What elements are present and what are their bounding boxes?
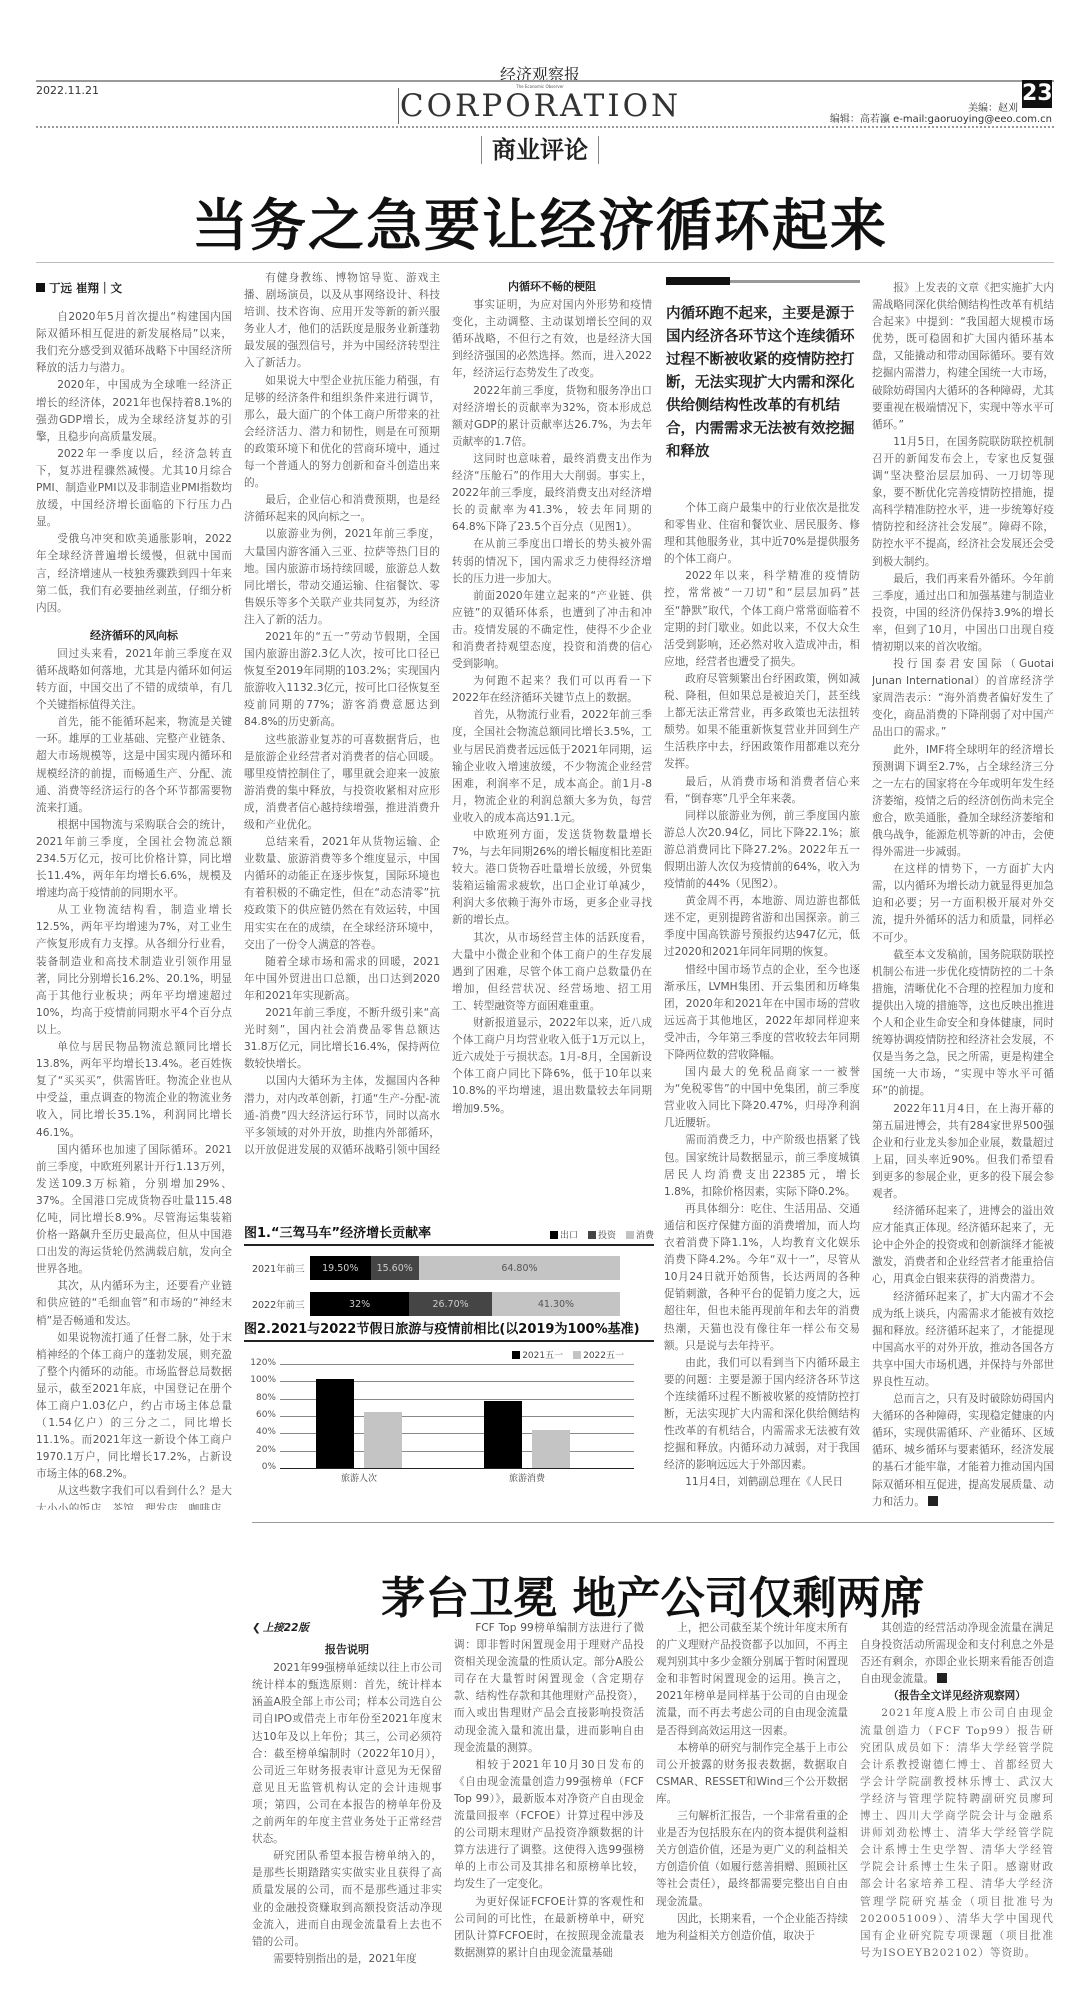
article-column-1: 丁远 崔翔｜文 自2020年5月首次提出“构建国内国际双循环相互促进的新发展格局… xyxy=(36,270,232,1510)
figure-2-legend: 2021五一 2022五一 xyxy=(512,1348,624,1361)
legend-swatch-icon xyxy=(626,1231,634,1239)
paragraph: 国内最大的免税品商家一一被誉为“免税零售”的中国中免集团，前三季度营业收入同比下… xyxy=(664,1064,860,1132)
paragraph: 此外，IMF将全球明年的经济增长预测调下调至2.7%，占全球经济三分之一左右的国… xyxy=(872,742,1054,862)
legend-item-investment: 投资 xyxy=(588,1228,616,1241)
chart-bar xyxy=(364,1412,402,1468)
legend-item-2021: 2021五一 xyxy=(512,1348,563,1361)
end-of-article-icon xyxy=(928,1496,938,1506)
paragraph: 黄金周不再，本地游、周边游也都低迷不定，更别提跨省游和出国探亲。前三季度中国高铁… xyxy=(664,893,860,961)
article-2-headline: 茅台卫冕 地产公司仅剩两席 xyxy=(252,1562,1054,1626)
article-column-2: 有健身教练、博物馆导览、游戏主播、剧场演员，以及从事网络设计、科技培训、技术咨询… xyxy=(244,270,440,1160)
paragraph: 从工业物流结构看，制造业增长12.5%，两年平均增速为7%，对工业生产恢复形成有… xyxy=(36,902,232,1039)
paragraph: 前面2020年建立起来的“产业链、供应链”的双循环体系，也遭到了冲击和冲击。疫情… xyxy=(452,588,652,673)
y-tick-label: 80% xyxy=(244,1393,276,1403)
article-2-column-4: 其创造的经营活动净现金流量在满足自身投资活动所需现金和支付利息之外是否还有剩余，… xyxy=(860,1620,1054,2010)
paragraph: 本榜单的研究与制作完全基于上市公司公开披露的财务报表数据，数据取自CSMAR、R… xyxy=(656,1740,848,1808)
y-tick-label: 120% xyxy=(244,1358,276,1368)
paragraph: 其创造的经营活动净现金流量在满足自身投资活动所需现金和支付利息之外是否还有剩余，… xyxy=(860,1620,1054,1688)
pull-quote-text: 内循环跑不起来，主要是源于国内经济各环节这个连续循环过程不断被收紧的疫情防控打断… xyxy=(666,303,860,464)
column-5-paragraphs: 报》上发表的文章《把实施扩大内需战略同深化供给侧结构性改革有机结合起来》中提到：… xyxy=(872,280,1054,1510)
paragraph: 首先，从物流行业看，2022年前三季度，全国社会物流总额同比增长3.5%，工业与… xyxy=(452,707,652,827)
figure-2-tourism-chart: 图2.2021与2022节假日旅游与疫情前相比(以2019为100%基准) 20… xyxy=(244,1318,654,1486)
article-column-3: 内循环不畅的梗阻 事实证明，为应对国内外形势和疫情变化，主动调整、主动谋划增长空… xyxy=(452,270,652,1160)
figure-1-title-row: 图1.“三驾马车”经济增长贡献率 出口 投资 消费 xyxy=(244,1222,654,1246)
article-column-5: 报》上发表的文章《把实施扩大内需战略同深化供给侧结构性改革有机结合起来》中提到：… xyxy=(872,280,1054,1510)
paragraph: 回过头来看，2021年前三季度在双循环战略如何落地，尤其是内循环如何运转方面，中… xyxy=(36,646,232,714)
paragraph: 这些旅游业复苏的可喜数据背后，也是旅游企业经营者对消费者的信心回暖。哪里疫情控制… xyxy=(244,732,440,835)
chart-bar xyxy=(316,1379,354,1468)
paragraph: 国内循环也加速了国际循环。2021前三季度，中欧班列累计开行1.13万列，发送1… xyxy=(36,1142,232,1279)
paragraph: 上，把公司截至某个统计年度末所有的广义理财产品投资都予以加回，不再主观判别其中多… xyxy=(656,1620,848,1740)
paragraph: 11月4日，刘鹤副总理在《人民日 xyxy=(664,1474,860,1491)
gridline xyxy=(280,1364,634,1365)
y-tick-label: 40% xyxy=(244,1427,276,1437)
article-2-column-2-paragraphs: FCF Top 99榜单编制方法进行了微调：即非暂时闲置现金用于理财产品投资相关… xyxy=(454,1620,644,1962)
section-title-cn: 商业评论 xyxy=(0,130,1080,165)
figure-1-contribution-chart: 图1.“三驾马车”经济增长贡献率 出口 投资 消费 2021年前三19.50%1… xyxy=(244,1222,654,1318)
y-tick-label: 60% xyxy=(244,1410,276,1420)
paragraph: 截至本文发稿前，国务院联防联控机制公布进一步优化疫情防控的二十条措施，清晰优化不… xyxy=(872,947,1054,1101)
legend-swatch-icon xyxy=(588,1231,596,1239)
research-team-note: 2021年度A股上市公司自由现金流量创造力（FCF Top99）报告研究团队成员… xyxy=(860,1705,1054,1961)
bar-segment: 32% xyxy=(310,1292,409,1316)
figure-1-bars: 2021年前三19.50%15.60%64.80%2022年前三32%26.70… xyxy=(244,1254,654,1318)
paragraph: 最后，从消费市场和消费者信心来看，“倒春寒”几乎全年来袭。 xyxy=(664,774,860,808)
paragraph: 事实证明，为应对国内外形势和疫情变化，主动调整、主动谋划增长空间的双循环战略，不… xyxy=(452,297,652,382)
paragraph: 根据中国物流与采购联合会的统计，2021年前三季度，全国社会物流总额234.5万… xyxy=(36,817,232,902)
paragraph: 2021年的“五一”劳动节假期，全国国内旅游出游2.3亿人次，按可比口径已恢复至… xyxy=(244,629,440,732)
paragraph: 随着全球市场和需求的回暖，2021年中国外贸进出口总额，出口达到2020年和20… xyxy=(244,954,440,1005)
article-headline: 当务之急要让经济循环起来 xyxy=(0,182,1080,262)
bar-segment: 41.30% xyxy=(492,1292,620,1316)
column-2-paragraphs: 有健身教练、博物馆导览、游戏主播、剧场演员，以及从事网络设计、科技培训、技术咨询… xyxy=(244,270,440,1160)
paragraph: 有健身教练、博物馆导览、游戏主播、剧场演员，以及从事网络设计、科技培训、技术咨询… xyxy=(244,270,440,373)
bar-segment: 64.80% xyxy=(419,1256,620,1280)
legend-label: 2021五一 xyxy=(522,1351,563,1361)
column-1-paragraphs: 自2020年5月首次提出“构建国内国际双循环相互促进的新发展格局”以来，我们充分… xyxy=(36,309,232,617)
x-axis-label: 旅游消费 xyxy=(467,1471,587,1484)
paragraph: FCF Top 99榜单编制方法进行了微调：即非暂时闲置现金用于理财产品投资相关… xyxy=(454,1620,644,1757)
legend-label: 消费 xyxy=(636,1231,654,1241)
legend-item-consumption: 消费 xyxy=(626,1228,654,1241)
paragraph: 2022年前三季度，货物和服务净出口对经济增长的贡献率为32%，资本形成总额对G… xyxy=(452,383,652,451)
paragraph: 再具体细分：吃住、生活用品、交通通信和医疗保健方面的消费增加，而人均衣着消费下降… xyxy=(664,1201,860,1355)
column-3-paragraphs: 事实证明，为应对国内外形势和疫情变化，主动调整、主动谋划增长空间的双循环战略，不… xyxy=(452,297,652,1118)
paragraph: 总而言之，只有及时破除妨碍国内大循环的各种障碍，实现稳定健康的内循环，实现供需循… xyxy=(872,1391,1054,1510)
paragraph: 其次，从市场经营主体的活跃度看，大量中小微企业和个体工商户的生存发展遇到了困难，… xyxy=(452,930,652,1015)
figure-2-title: 图2.2021与2022节假日旅游与疫情前相比(以2019为100%基准) xyxy=(244,1318,640,1337)
end-of-article-icon xyxy=(937,1673,947,1683)
paragraph: 惜经中国市场节点的企业，至今也逐渐承压，LVMH集团、开云集团和历峰集团，202… xyxy=(664,962,860,1065)
paragraph: 2021年前三季度，不断升级引来“高光时刻”，国内社会消费品零售总额达31.8万… xyxy=(244,1005,440,1073)
paragraph: 2022年以来，科学精准的疫情防控，常常被“一刀切”和“层层加码”甚至“静默”取… xyxy=(664,568,860,671)
chart-bar xyxy=(532,1430,570,1468)
byline: 丁远 崔翔｜文 xyxy=(36,280,232,297)
article-column-4: 个体工商户最集中的行业依次是批发和零售业、住宿和餐饮业、居民服务、修理和其他服务… xyxy=(664,500,860,1510)
chart-row: 2021年前三19.50%15.60%64.80% xyxy=(244,1254,654,1282)
legend-swatch-icon xyxy=(512,1351,520,1359)
paragraph: 单位与居民物品物流总额同比增长13.8%，两年平均增长13.4%。老百姓恢复了“… xyxy=(36,1039,232,1142)
stacked-bar: 32%26.70%41.30% xyxy=(310,1292,620,1316)
paragraph: 研究团队希望本报告榜单纳入的，是那些长期踏踏实实做实业且获得了高质量发展的公司，… xyxy=(252,1848,442,1951)
paragraph: 从这些数字我们可以看到什么？是大大小小的饭店、茶馆、理发店、咖啡店、书店、画廊；… xyxy=(36,1483,232,1510)
legend-item-export: 出口 xyxy=(550,1228,578,1241)
paragraph: 2022年11月4日，在上海开幕的第五届进博会，共有284家世界500强企业和行… xyxy=(872,1101,1054,1204)
paragraph: 自2020年5月首次提出“构建国内国际双循环相互促进的新发展格局”以来，我们充分… xyxy=(36,309,232,377)
paragraph: 如果说大中型企业抗压能力稍强，有足够的经济条件和组织条件来进行调节，那么，最大面… xyxy=(244,373,440,493)
editor-contact: 编辑：高若瀛 e-mail:gaoruoying@eeo.com.cn xyxy=(830,110,1052,125)
figure-1-title: 图1.“三驾马车”经济增长贡献率 xyxy=(244,1222,431,1241)
legend-label: 出口 xyxy=(560,1231,578,1241)
chart-row-label: 2022年前三 xyxy=(244,1297,310,1311)
article-2-column-3: 上，把公司截至某个统计年度末所有的广义理财产品投资都予以加回，不再主观判别其中多… xyxy=(656,1620,848,2010)
section-title-cn-text: 商业评论 xyxy=(481,136,599,164)
page-number: 23 xyxy=(1022,80,1052,108)
continued-from-link[interactable]: 上接22版 xyxy=(252,1620,442,1637)
paragraph: 受俄乌冲突和欧美通胀影响，2022年全球经济普遍增长缓慢，但就中国而言，经济增速… xyxy=(36,531,232,616)
gridline xyxy=(280,1468,634,1469)
paragraph: 11月5日，在国务院联防联控机制召开的新闻发布会上，专家也反复强调“坚决整治层层… xyxy=(872,434,1054,571)
legend-label: 2022五一 xyxy=(583,1351,624,1361)
subheading: 经济循环的风向标 xyxy=(36,627,232,644)
paragraph: 这同时也意味着，最终消费支出作为经济“压舱石”的作用大大削弱。事实上，2022年… xyxy=(452,451,652,536)
legend-label: 投资 xyxy=(598,1231,616,1241)
paragraph: 同样以旅游业为例，前三季度国内旅游总人次20.94亿，同比下降22.1%；旅游总… xyxy=(664,808,860,893)
pull-quote-bar xyxy=(666,280,860,283)
paragraph: 报》上发表的文章《把实施扩大内需战略同深化供给侧结构性改革有机结合起来》中提到：… xyxy=(872,280,1054,434)
bar-segment: 15.60% xyxy=(371,1256,419,1280)
paragraph: 需要特别指出的是，2021年度 xyxy=(252,1951,442,1968)
bar-segment: 19.50% xyxy=(310,1256,371,1280)
legend-item-2022: 2022五一 xyxy=(573,1348,624,1361)
subheading: 报告说明 xyxy=(252,1641,442,1658)
y-tick-label: 100% xyxy=(244,1375,276,1385)
paragraph: 2020年，中国成为全球唯一经济正增长的经济体，2021年也保持着8.1%的强劲… xyxy=(36,377,232,445)
paragraph: 在这样的情势下，一方面扩大内需，以内循环为增长动力就显得更加急迫和必要；另一方面… xyxy=(872,861,1054,946)
paragraph: 为何跑不起来？我们可以再看一下2022年在经济循环关键节点上的数据。 xyxy=(452,673,652,707)
column-1-paragraphs-2: 回过头来看，2021年前三季度在双循环战略如何落地，尤其是内循环如何运转方面，中… xyxy=(36,646,232,1510)
masthead: 经济观察报 2022.11.21 The Economic Observer C… xyxy=(0,0,1080,150)
paragraph: 经济循环起来了，进博会的溢出效应才能真正体现。经济循环起来了，无论中企外企的投资… xyxy=(872,1203,1054,1288)
paragraph: 相较于2021年10月30日发布的《自由现金流量创造力99强榜单（FCF Top… xyxy=(454,1757,644,1894)
figure-2-plot: 2021五一 2022五一 0%20%40%60%80%100%120%旅游人次… xyxy=(244,1346,654,1486)
article-divider xyxy=(252,1522,1054,1523)
article-2-column-3-paragraphs: 上，把公司截至某个统计年度末所有的广义理财产品投资都予以加回，不再主观判别其中多… xyxy=(656,1620,848,1945)
pull-quote: 内循环跑不起来，主要是源于国内经济各环节这个连续循环过程不断被收紧的疫情防控打断… xyxy=(666,280,860,464)
paragraph: 三句解析汇报告，一个非常看重的企业是否为包括股东在内的资本提供利益相关方创造价值… xyxy=(656,1808,848,1911)
paragraph: 最后，我们再来看外循环。今年前三季度，通过出口和加强基建与制造业投资，中国的经济… xyxy=(872,571,1054,656)
legend-swatch-icon xyxy=(550,1231,558,1239)
paragraph: 总结来看，2021年从货物运输、企业数量、旅游消费等多个维度显示，中国内循环的动… xyxy=(244,834,440,954)
paragraph: 以国内大循环为主体，发掘国内各种潜力，对内改革创新，打通“生产-分配-流通-消费… xyxy=(244,1073,440,1160)
legend-swatch-icon xyxy=(573,1351,581,1359)
bar-segment: 26.70% xyxy=(409,1292,492,1316)
figure-2-title-row: 图2.2021与2022节假日旅游与疫情前相比(以2019为100%基准) xyxy=(244,1318,654,1342)
figure-1-legend: 出口 投资 消费 xyxy=(550,1228,654,1241)
x-axis-label: 旅游人次 xyxy=(299,1471,419,1484)
paragraph: 经济循环起来了，扩大内需才不会成为纸上谈兵，内需需求才能被有效挖掘和释放。经济循… xyxy=(872,1289,1054,1392)
article-2-column-1-paragraphs: 2021年99强榜单延续以往上市公司统计样本的甄选原则：首先，统计样本涵盖A股全… xyxy=(252,1660,442,1968)
headline-rule xyxy=(36,262,1054,263)
dotted-divider xyxy=(36,126,1054,128)
chart-row: 2022年前三32%26.70%41.30% xyxy=(244,1290,654,1318)
paragraph: 因此，长期来看，一个企业能否持续地为利益相关方创造价值，取决于 xyxy=(656,1911,848,1945)
paragraph: 财新报道显示，2022年以来，近八成个体工商户月均营业收入低于1万元以上，近六成… xyxy=(452,1015,652,1118)
section-title-en-text: CORPORATION xyxy=(398,88,682,124)
article-2-column-2: FCF Top 99榜单编制方法进行了微调：即非暂时闲置现金用于理财产品投资相关… xyxy=(454,1620,644,2010)
paragraph: 为更好保证FCFOE计算的客观性和公司间的可比性，在最新榜单中，研究团队计算FC… xyxy=(454,1894,644,1962)
paragraph: 首先，能不能循环起来，物流是关键一环。雄厚的工业基础、完整产业链条、超大市场规模… xyxy=(36,714,232,817)
stacked-bar: 19.50%15.60%64.80% xyxy=(310,1256,620,1280)
y-tick-label: 0% xyxy=(244,1462,276,1472)
report-source-note: （报告全文详见经济观察网） xyxy=(860,1688,1054,1705)
paragraph: 需而消费乏力，中产阶级也捂紧了钱包。国家统计局数据显示，前三季度城镇居民人均消费… xyxy=(664,1132,860,1200)
paragraph: 2022年一季度以后，经济急转直下，复苏进程骤然减慢。尤其10月综合PMI、制造… xyxy=(36,446,232,531)
chart-bar xyxy=(484,1401,522,1468)
paragraph: 由此，我们可以看到当下内循环最主要的问题：主要是源于国内经济各环节这个连续循环过… xyxy=(664,1355,860,1475)
subheading: 内循环不畅的梗阻 xyxy=(452,278,652,295)
paragraph: 在从前三季度出口增长的势头被外需转弱的情况下，国内需求乏力使得经济增长的压力进一… xyxy=(452,536,652,587)
article-2-column-1[interactable]: 上接22版 报告说明 2021年99强榜单延续以往上市公司统计样本的甄选原则：首… xyxy=(252,1620,442,2010)
masthead-rule xyxy=(36,80,1054,82)
chart-row-label: 2021年前三 xyxy=(244,1261,310,1275)
column-4-paragraphs: 个体工商户最集中的行业依次是批发和零售业、住宿和餐饮业、居民服务、修理和其他服务… xyxy=(664,500,860,1491)
paragraph: 中欧班列方面，发送货物数量增长7%，与去年同期26%的增长幅度相比差距较大。港口… xyxy=(452,827,652,930)
paragraph: 投行国泰君安国际（Guotai Junan International）的首席经… xyxy=(872,656,1054,741)
paragraph: 个体工商户最集中的行业依次是批发和零售业、住宿和餐饮业、居民服务、修理和其他服务… xyxy=(664,500,860,568)
paragraph: 最后，企业信心和消费预期，也是经济循环起来的风向标之一。 xyxy=(244,492,440,526)
paragraph: 2021年99强榜单延续以往上市公司统计样本的甄选原则：首先，统计样本涵盖A股全… xyxy=(252,1660,442,1848)
paragraph: 政府尽管频繁出台纾困政策，例如减税、降租，但如果总是被迫关门，甚至线上都无法正常… xyxy=(664,671,860,774)
paragraph: 以旅游业为例，2021年前三季度，大量国内游客涌入三亚、拉萨等热门目的地。国内旅… xyxy=(244,526,440,629)
y-tick-label: 20% xyxy=(244,1445,276,1455)
paragraph: 其次，从内循环为主，还要看产业链和供应链的“毛细血管”和市场的“神经末梢”是否畅… xyxy=(36,1278,232,1329)
paragraph: 如果说物流打通了任督二脉，处于末梢神经的个体工商户的蓬勃发展，则充盈了整个内循环… xyxy=(36,1330,232,1484)
article-2-column-4-paragraphs: 其创造的经营活动净现金流量在满足自身投资活动所需现金和支付利息之外是否还有剩余，… xyxy=(860,1620,1054,1688)
